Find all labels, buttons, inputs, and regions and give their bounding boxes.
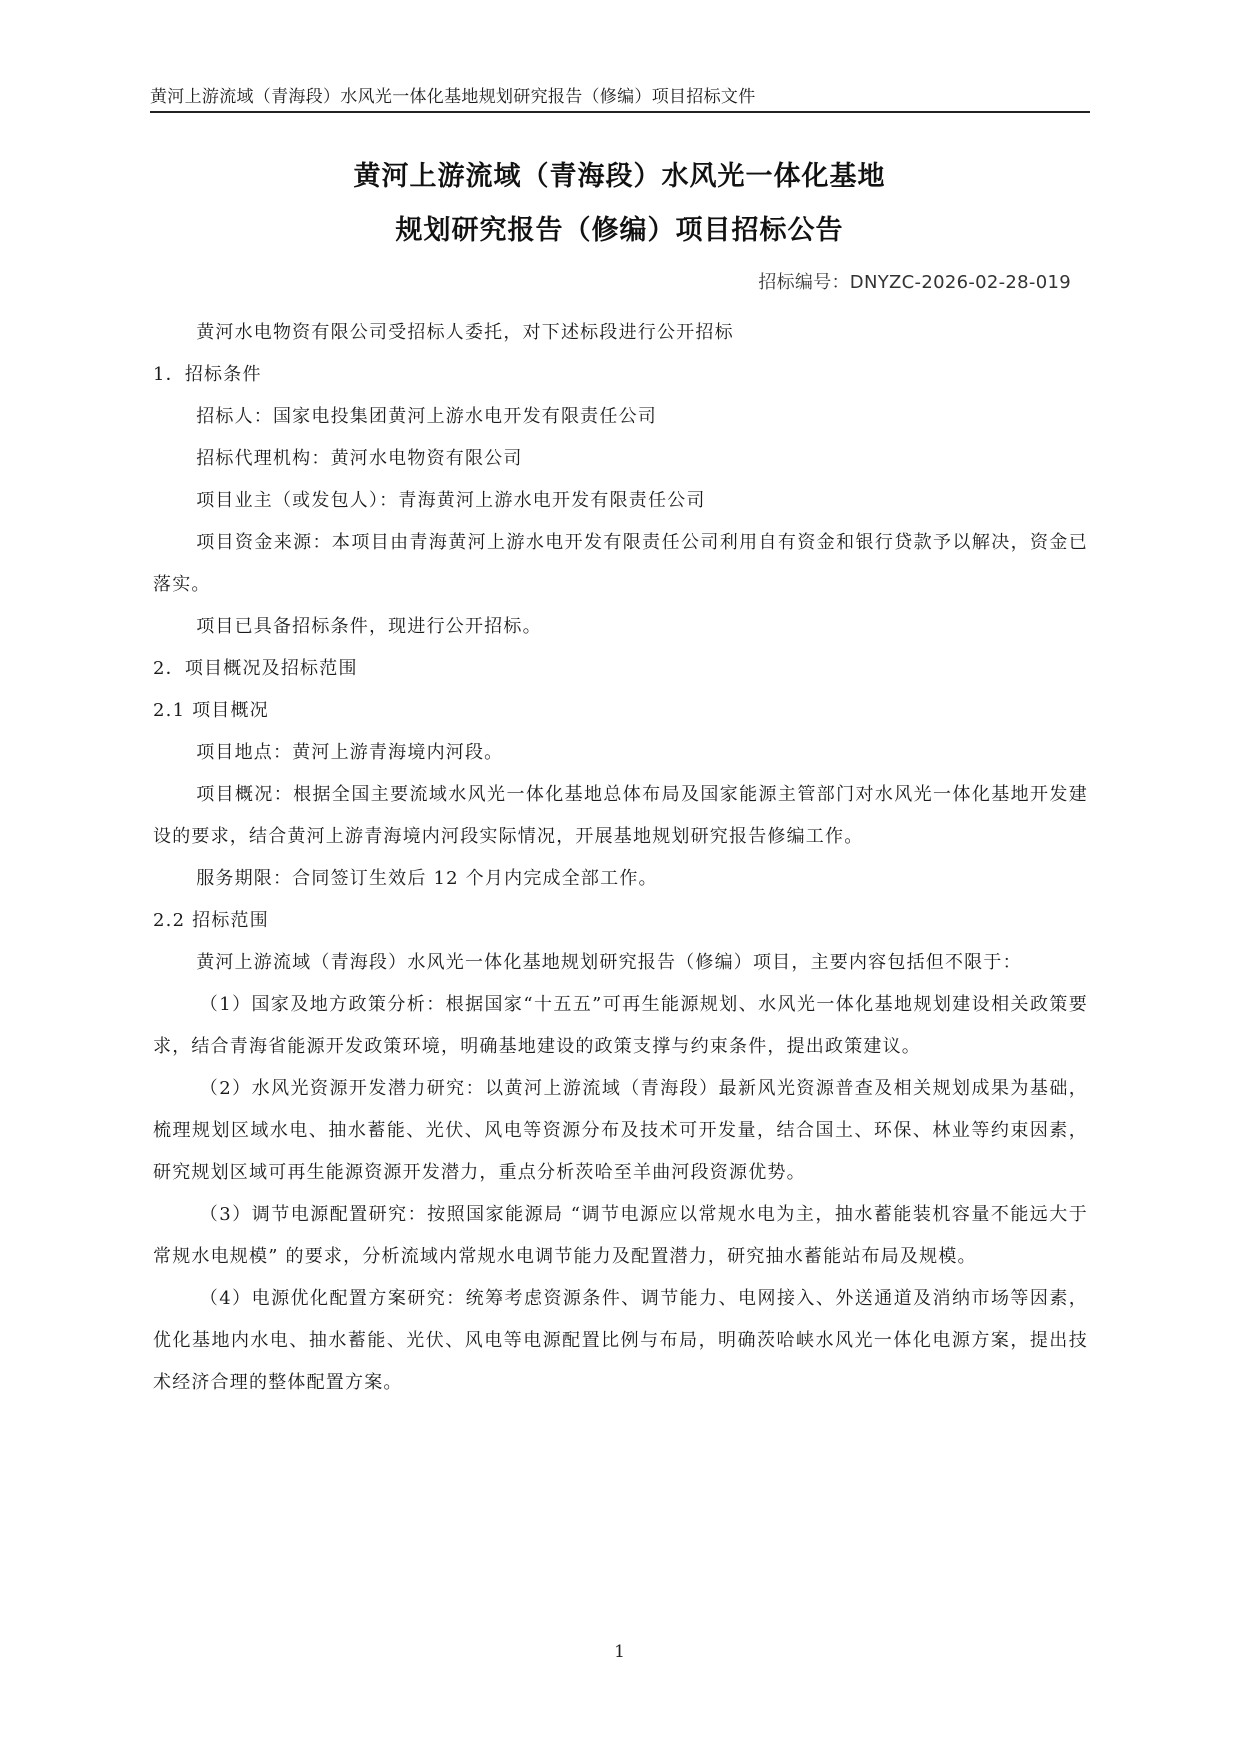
funding-paragraph: 项目资金来源：本项目由青海黄河上游水电开发有限责任公司利用自有资金和银行贷款予以… [153,522,1088,606]
overview-paragraph: 项目概况：根据全国主要流域水风光一体化基地总体布局及国家能源主管部门对水风光一体… [153,774,1088,858]
scope-item-2: （2）水风光资源开发潜力研究：以黄河上游流域（青海段）最新风光资源普查及相关规划… [153,1068,1088,1194]
scope-item-4: （4）电源优化配置方案研究：统筹考虑资源条件、调节能力、电网接入、外送通道及消纳… [153,1278,1088,1404]
ready-line: 项目已具备招标条件，现进行公开招标。 [153,606,1088,648]
section-2-heading: 2．项目概况及招标范围 [153,648,1088,690]
document-title-line-1: 黄河上游流域（青海段）水风光一体化基地 [0,154,1239,193]
scope-intro-paragraph: 黄河上游流域（青海段）水风光一体化基地规划研究报告（修编）项目，主要内容包括但不… [153,942,1088,984]
scope-item-1: （1）国家及地方政策分析：根据国家“十五五”可再生能源规划、水风光一体化基地规划… [153,984,1088,1068]
tenderer-line: 招标人：国家电投集团黄河上游水电开发有限责任公司 [153,396,1088,438]
owner-line: 项目业主（或发包人）：青海黄河上游水电开发有限责任公司 [153,480,1088,522]
intro-paragraph: 黄河水电物资有限公司受招标人委托，对下述标段进行公开招标 [153,312,1088,354]
section-1-heading: 1．招标条件 [153,354,1088,396]
document-title-line-2: 规划研究报告（修编）项目招标公告 [0,208,1239,247]
location-line: 项目地点：黄河上游青海境内河段。 [153,732,1088,774]
document-body: 黄河水电物资有限公司受招标人委托，对下述标段进行公开招标 1．招标条件 招标人：… [153,312,1088,1404]
scope-item-3: （3）调节电源配置研究：按照国家能源局 “调节电源应以常规水电为主，抽水蓄能装机… [153,1194,1088,1278]
running-header: 黄河上游流域（青海段）水风光一体化基地规划研究报告（修编）项目招标文件 [150,86,1090,113]
page-number: 1 [0,1642,1239,1662]
agency-line: 招标代理机构：黄河水电物资有限公司 [153,438,1088,480]
section-2-2-heading: 2.2 招标范围 [153,900,1088,942]
section-2-1-heading: 2.1 项目概况 [153,690,1088,732]
service-period-line: 服务期限：合同签订生效后 12 个月内完成全部工作。 [153,858,1088,900]
bid-number: 招标编号：DNYZC-2026-02-28-019 [758,268,1071,294]
